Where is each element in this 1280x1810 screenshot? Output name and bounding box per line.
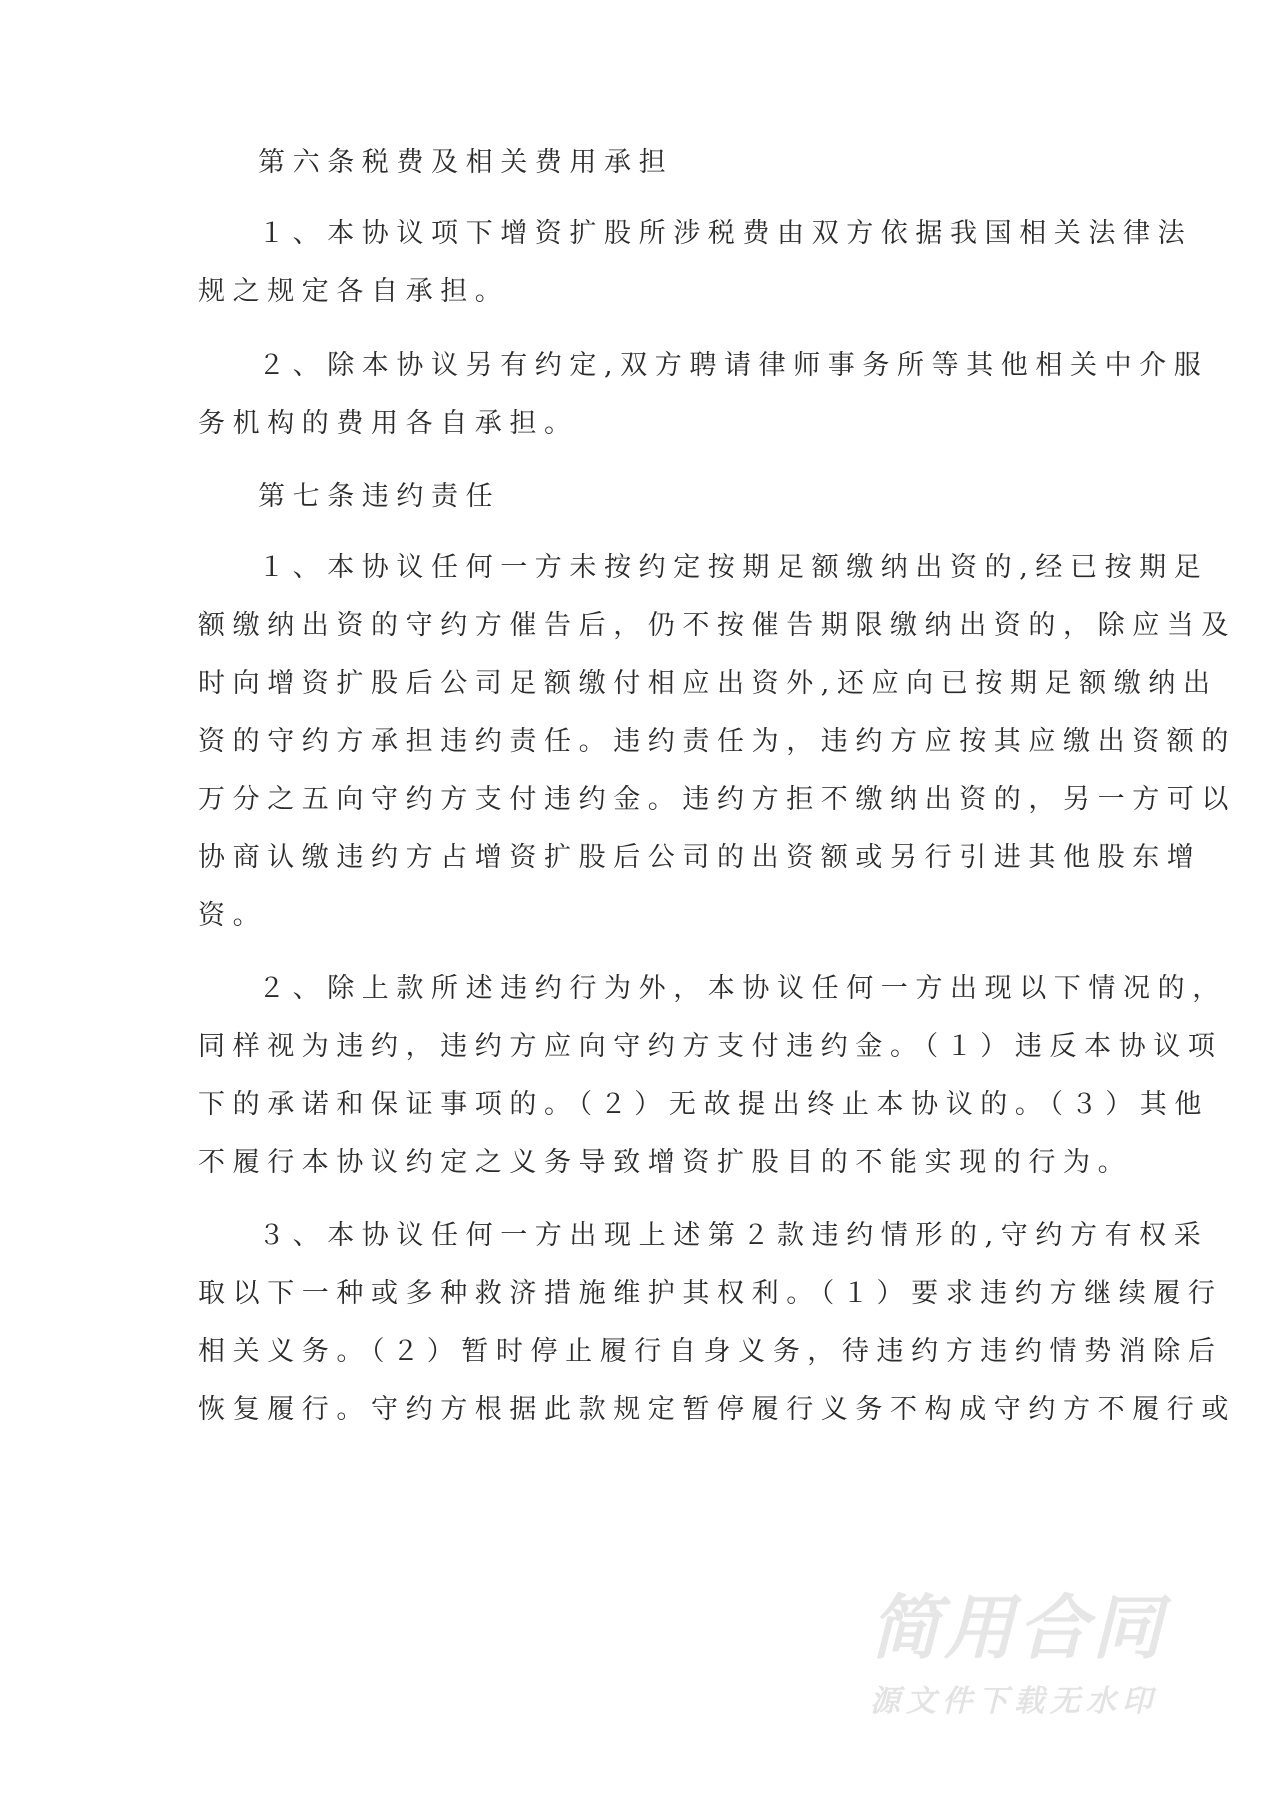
paragraph-line: 取以下一种或多种救济措施维护其权利。（１）要求违约方继续履行 xyxy=(198,1274,1223,1314)
paragraph-line: 资的守约方承担违约责任。违约责任为，违约方应按其应缴出资额的 xyxy=(198,722,1236,762)
section-heading-6: 第六条税费及相关费用承担 xyxy=(258,143,673,183)
paragraph-line: ２、除本协议另有约定,双方聘请律师事务所等其他相关中介服 xyxy=(258,346,1208,386)
paragraph-line: 协商认缴违约方占增资扩股后公司的出资额或另行引进其他股东增 xyxy=(198,838,1201,878)
paragraph-line: 不履行本协议约定之义务导致增资扩股目的不能实现的行为。 xyxy=(198,1143,1132,1183)
paragraph-line: 下的承诺和保证事项的。（２）无故提出终止本协议的。（３）其他 xyxy=(198,1085,1209,1125)
paragraph-line: 务机构的费用各自承担。 xyxy=(198,404,579,444)
paragraph-line: ３、本协议任何一方出现上述第２款违约情形的,守约方有权采 xyxy=(258,1216,1208,1256)
document-page: 第六条税费及相关费用承担 １、本协议项下增资扩股所涉税费由双方依据我国相关法律法… xyxy=(0,0,1280,1810)
paragraph-line: 规之规定各自承担。 xyxy=(198,272,509,312)
watermark: 简用合同 源文件下载无水印 xyxy=(870,1588,1200,1722)
paragraph-line: ２、除上款所述违约行为外，本协议任何一方出现以下情况的， xyxy=(258,969,1227,1009)
paragraph-line: １、本协议任何一方未按约定按期足额缴纳出资的,经已按期足 xyxy=(258,548,1208,588)
paragraph-line: １、本协议项下增资扩股所涉税费由双方依据我国相关法律法 xyxy=(258,214,1192,254)
paragraph-line: 相关义务。（２）暂时停止履行自身义务，待违约方违约情势消除后 xyxy=(198,1332,1223,1372)
watermark-brand: 简用合同 xyxy=(870,1588,1200,1668)
section-heading-7: 第七条违约责任 xyxy=(258,477,500,517)
paragraph-line: 额缴纳出资的守约方催告后，仍不按催告期限缴纳出资的，除应当及 xyxy=(198,606,1236,646)
paragraph-line: 万分之五向守约方支付违约金。违约方拒不缴纳出资的，另一方可以 xyxy=(198,780,1236,820)
paragraph-line: 时向增资扩股后公司足额缴付相应出资外,还应向已按期足额缴纳出 xyxy=(198,664,1218,704)
paragraph-line: 恢复履行。守约方根据此款规定暂停履行义务不构成守约方不履行或 xyxy=(198,1390,1236,1430)
paragraph-line: 资。 xyxy=(198,896,267,936)
watermark-caption: 源文件下载无水印 xyxy=(870,1682,1200,1722)
paragraph-line: 同样视为违约，违约方应向守约方支付违约金。（１）违反本协议项 xyxy=(198,1027,1223,1067)
